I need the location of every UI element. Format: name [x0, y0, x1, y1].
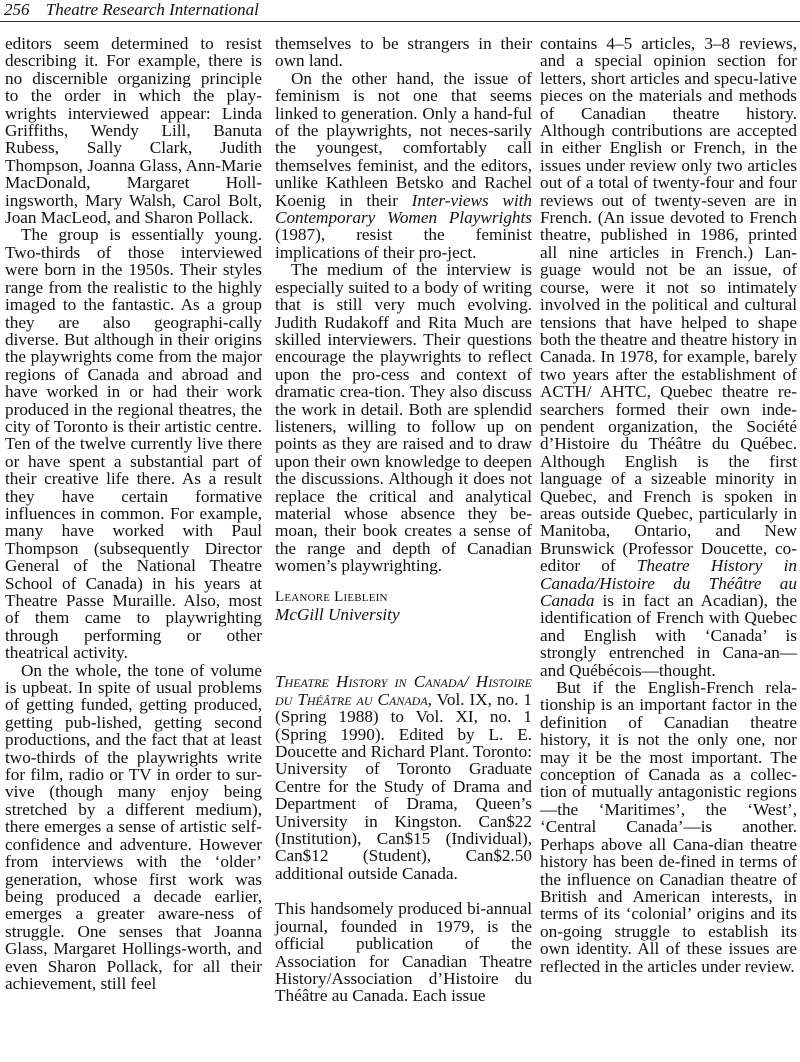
column-1: editors seem determined to resist descri…: [5, 35, 262, 992]
paragraph: The medium of the interview is especiall…: [275, 261, 532, 574]
paragraph: But if the English-French rela-tionship …: [540, 679, 797, 975]
column-3: contains 4–5 articles, 3–8 reviews, and …: [540, 35, 797, 975]
publication-details: Vol. IX, no. 1 (Spring 1988) to Vol. XI,…: [275, 690, 532, 883]
page-number: 256: [4, 0, 30, 19]
text: On the other hand, the issue of feminism…: [275, 69, 532, 210]
reviewer-affiliation: McGill University: [275, 606, 532, 623]
review-heading: Theatre History in Canada/ Histoire du T…: [275, 673, 532, 882]
reviewer-name: Leanore Lieblein: [275, 589, 532, 606]
paragraph: The group is essentially young. Two-thir…: [5, 226, 262, 661]
column-2: themselves to be strangers in their own …: [275, 35, 532, 1005]
journal-title: Theatre Research International: [46, 0, 259, 19]
paragraph: This handsomely produced bi-annual journ…: [275, 900, 532, 1004]
paragraph: themselves to be strangers in their own …: [275, 35, 532, 70]
paragraph: editors seem determined to resist descri…: [5, 35, 262, 226]
header-rule: [0, 21, 800, 22]
paragraph: On the whole, the tone of volume is upbe…: [5, 662, 262, 993]
paragraph: contains 4–5 articles, 3–8 reviews, and …: [540, 35, 797, 679]
text: (1987), resist the feminist implications…: [275, 225, 532, 261]
running-header: 256 Theatre Research International: [4, 0, 800, 22]
text: contains 4–5 articles, 3–8 reviews, and …: [540, 34, 797, 575]
paragraph: On the other hand, the issue of feminism…: [275, 70, 532, 261]
